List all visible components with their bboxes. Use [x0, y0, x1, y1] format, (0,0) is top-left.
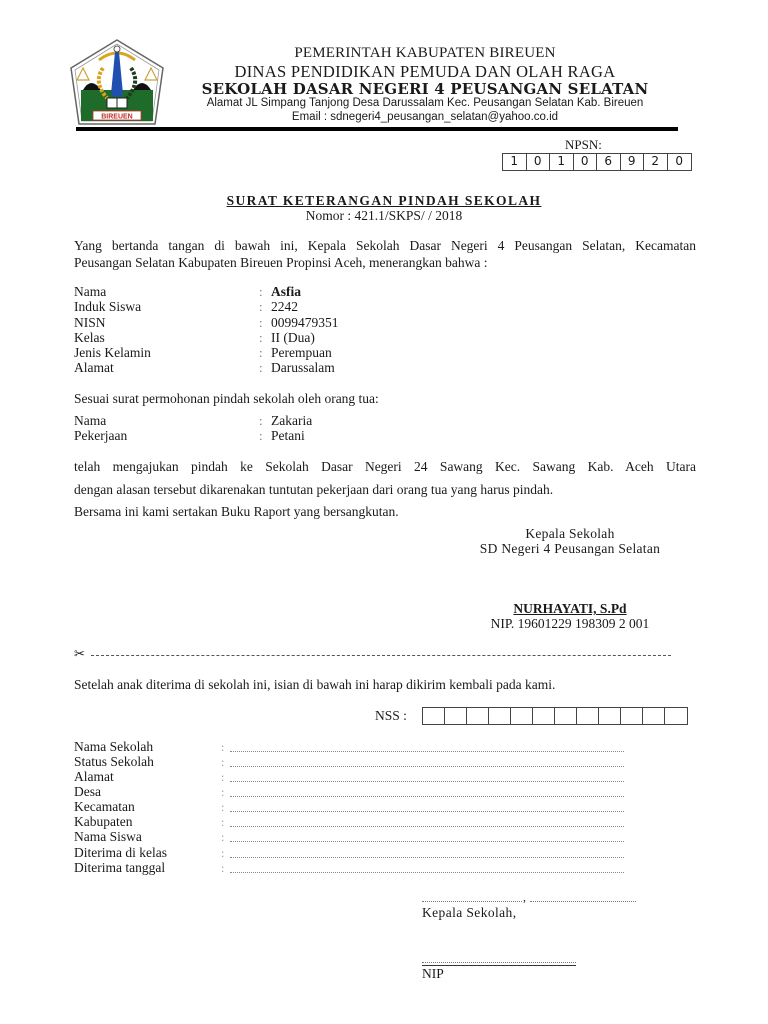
- signature-name: NURHAYATI, S.Pd: [450, 601, 690, 617]
- npsn-digit: 0: [668, 154, 692, 170]
- header-address: Alamat JL Simpang Tanjong Desa Darussala…: [170, 97, 680, 109]
- field-label-nama-siswa: Nama Siswa: [74, 829, 142, 845]
- nss-digit-box[interactable]: [599, 708, 621, 724]
- student-label: Nama: [74, 284, 106, 300]
- student-address: Darussalam: [271, 360, 335, 376]
- nss-digit-box[interactable]: [467, 708, 489, 724]
- dashed-divider: [91, 655, 671, 656]
- field-blank-desa[interactable]: [230, 796, 624, 797]
- field-label-diterima-tanggal: Diterima tanggal: [74, 860, 165, 876]
- nss-digit-box[interactable]: [445, 708, 467, 724]
- nss-digit-box[interactable]: [621, 708, 643, 724]
- letter-title: SURAT KETERANGAN PINDAH SEKOLAH: [0, 193, 768, 209]
- npsn-digit: 0: [574, 154, 598, 170]
- student-label: Alamat: [74, 360, 114, 376]
- scissors-icon: ✂: [74, 646, 85, 662]
- parent-label: Pekerjaan: [74, 428, 127, 444]
- nss-input-boxes[interactable]: [422, 707, 688, 725]
- receiving-signature-role: Kepala Sekolah,: [422, 905, 516, 921]
- nss-label: NSS :: [375, 708, 407, 724]
- body-line-2: dengan alasan tersebut dikarenakan tuntu…: [74, 482, 553, 498]
- npsn-digit: 9: [621, 154, 645, 170]
- cut-line: ✂: [74, 646, 671, 662]
- field-blank-kabupaten[interactable]: [230, 826, 624, 827]
- nss-digit-box[interactable]: [423, 708, 445, 724]
- date-blank[interactable]: [530, 901, 636, 902]
- header-divider: [76, 127, 678, 131]
- npsn-digit: 0: [527, 154, 551, 170]
- bireuen-emblem-logo: BIREUEN: [69, 38, 165, 126]
- field-label-kabupaten: Kabupaten: [74, 814, 132, 830]
- signature-underline: [422, 965, 576, 966]
- header-email: Email : sdnegeri4_peusangan_selatan@yaho…: [170, 111, 680, 123]
- body-line-1: telah mengajukan pindah ke Sekolah Dasar…: [74, 459, 696, 475]
- student-nisn: 0099479351: [271, 315, 339, 331]
- nss-digit-box[interactable]: [511, 708, 533, 724]
- parent-name: Zakaria: [271, 413, 312, 429]
- field-blank-nama-siswa[interactable]: [230, 841, 624, 842]
- header-government: PEMERINTAH KABUPATEN BIREUEN: [170, 45, 680, 62]
- field-label-status-sekolah: Status Sekolah: [74, 754, 154, 770]
- field-label-desa: Desa: [74, 784, 101, 800]
- student-label: Induk Siswa: [74, 299, 141, 315]
- student-label: NISN: [74, 315, 106, 331]
- student-name: Asfia: [271, 284, 301, 300]
- body-line-3: Bersama ini kami sertakan Buku Raport ya…: [74, 504, 399, 520]
- nss-digit-box[interactable]: [489, 708, 511, 724]
- receiving-nip-label: NIP: [422, 966, 444, 982]
- nss-digit-box[interactable]: [555, 708, 577, 724]
- field-label-diterima-kelas: Diterima di kelas: [74, 845, 167, 861]
- student-class: II (Dua): [271, 330, 315, 346]
- parent-label: Nama: [74, 413, 106, 429]
- student-induk: 2242: [271, 299, 298, 315]
- npsn-digit: 1: [503, 154, 527, 170]
- intro-line-1: Yang bertanda tangan di bawah ini, Kepal…: [74, 238, 696, 254]
- signature-name-blank[interactable]: [422, 962, 576, 963]
- npsn-digit: 6: [597, 154, 621, 170]
- nss-digit-box[interactable]: [533, 708, 555, 724]
- nss-digit-box[interactable]: [643, 708, 665, 724]
- signature-role: Kepala Sekolah: [450, 526, 690, 542]
- npsn-boxes: 1 0 1 0 6 9 2 0: [502, 153, 692, 171]
- place-blank[interactable]: [422, 901, 522, 902]
- field-label-kecamatan: Kecamatan: [74, 799, 135, 815]
- place-date-separator: ,: [523, 890, 526, 905]
- header-department: DINAS PENDIDIKAN PEMUDA DAN OLAH RAGA: [170, 62, 680, 82]
- field-blank-alamat[interactable]: [230, 781, 624, 782]
- student-label: Kelas: [74, 330, 105, 346]
- field-label-alamat: Alamat: [74, 769, 114, 785]
- signature-school: SD Negeri 4 Peusangan Selatan: [450, 541, 690, 557]
- field-blank-diterima-kelas[interactable]: [230, 857, 624, 858]
- field-blank-kecamatan[interactable]: [230, 811, 624, 812]
- nss-digit-box[interactable]: [577, 708, 599, 724]
- letter-number: Nomor : 421.1/SKPS/ / 2018: [0, 208, 768, 224]
- field-label-nama-sekolah: Nama Sekolah: [74, 739, 153, 755]
- npsn-digit: 1: [550, 154, 574, 170]
- parent-intro: Sesuai surat permohonan pindah sekolah o…: [74, 391, 379, 407]
- student-label: Jenis Kelamin: [74, 345, 151, 361]
- intro-line-2: Peusangan Selatan Kabupaten Bireuen Prop…: [74, 255, 488, 271]
- svg-text:BIREUEN: BIREUEN: [101, 114, 133, 121]
- nss-digit-box[interactable]: [665, 708, 687, 724]
- signature-nip: NIP. 19601229 198309 2 001: [450, 616, 690, 632]
- return-instruction: Setelah anak diterima di sekolah ini, is…: [74, 677, 555, 693]
- header-school-name: SEKOLAH DASAR NEGERI 4 PEUSANGAN SELATAN: [170, 80, 680, 98]
- npsn-label: NPSN:: [565, 137, 602, 153]
- npsn-digit: 2: [644, 154, 668, 170]
- field-blank-nama-sekolah[interactable]: [230, 751, 624, 752]
- parent-occupation: Petani: [271, 428, 305, 444]
- student-gender: Perempuan: [271, 345, 332, 361]
- field-blank-status-sekolah[interactable]: [230, 766, 624, 767]
- field-blank-diterima-tanggal[interactable]: [230, 872, 624, 873]
